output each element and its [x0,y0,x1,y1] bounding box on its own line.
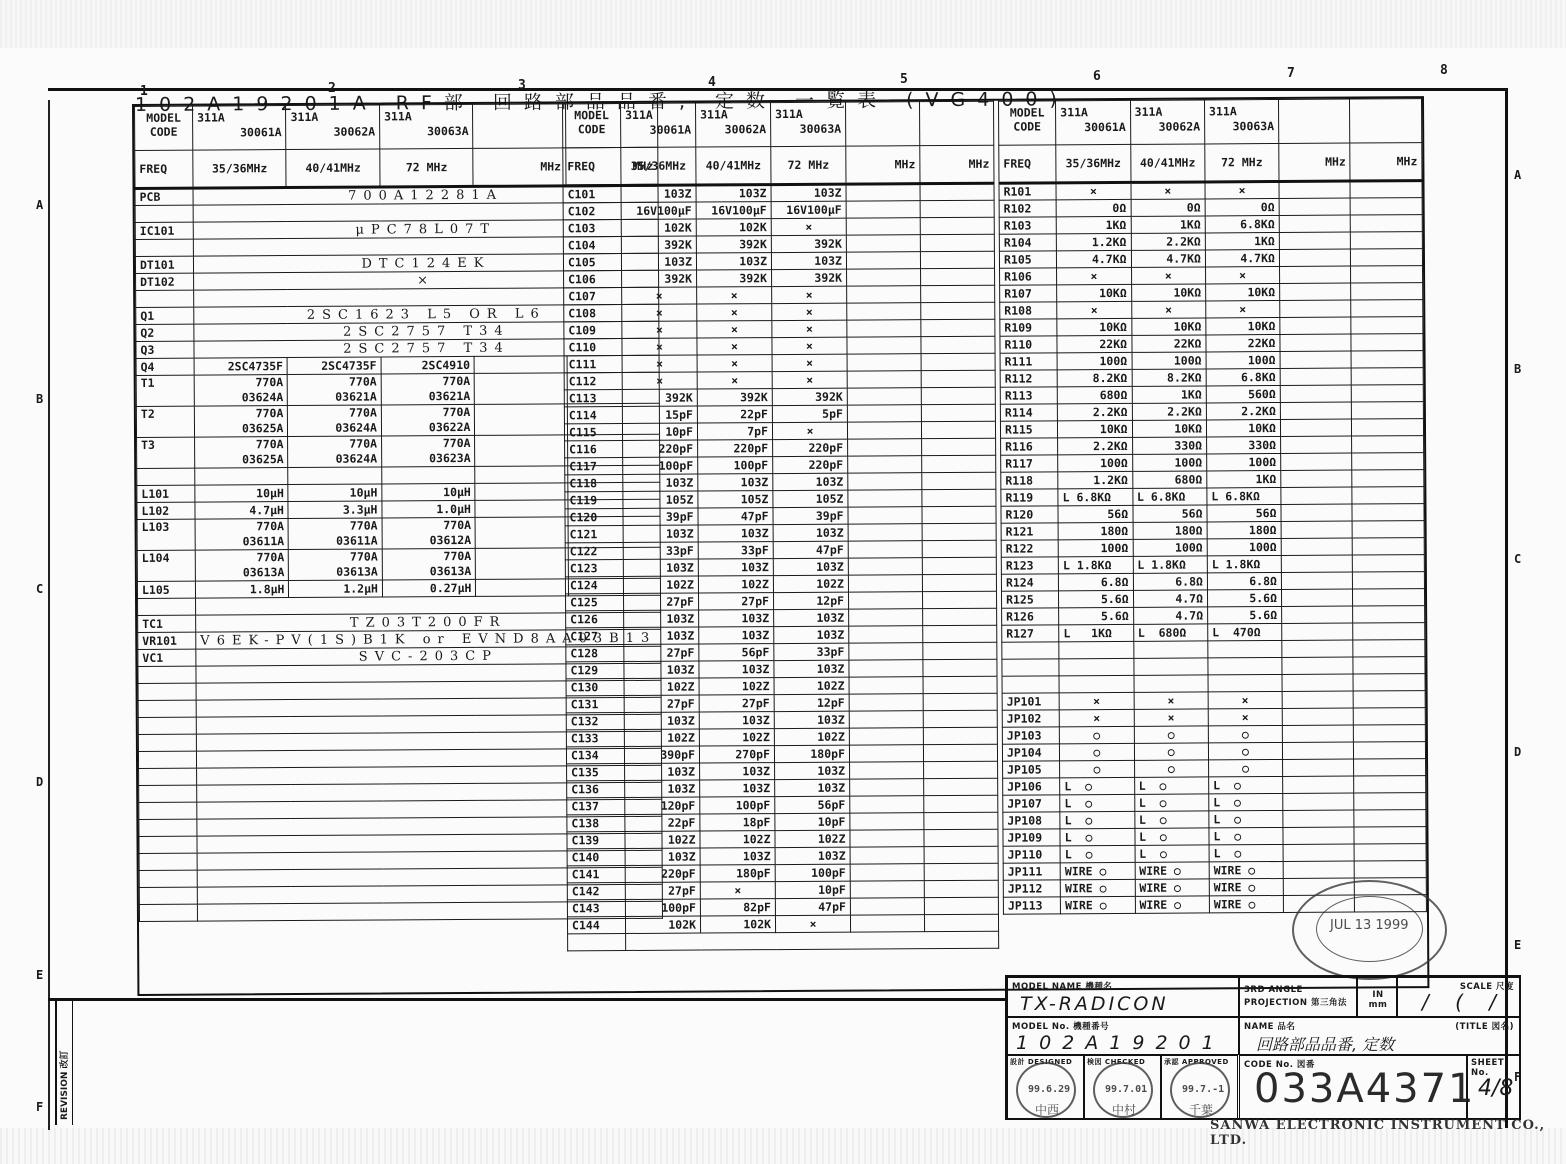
part-value: 220pF [623,440,698,457]
empty-cell [1279,249,1351,266]
column-right: MODEL CODE311A30061A311A30062A311A30063A… [998,98,1427,989]
part-value: 16V100μF [621,202,696,219]
part-value: 680Ω [1057,386,1131,403]
model-code-label: MODEL CODE [563,104,621,148]
empty-cell [923,625,997,642]
empty-cell [1353,657,1425,674]
part-value: 770A03624A [194,375,288,407]
part-value: 180Ω [1207,521,1281,538]
part-value: 220pF [773,439,848,456]
part-value: 56Ω [1207,504,1281,521]
part-value: 33pF [623,542,698,559]
part-value: 4.7Ω [1133,590,1207,607]
empty-cell [848,524,922,541]
part-value: 392K [697,270,772,287]
part-value: 2.2KΩ [1206,402,1280,419]
part-value: 103Z [624,610,699,627]
name-label: NAME 品名 [1244,1020,1295,1032]
part-value: 392K [697,389,772,406]
part-ref [138,717,196,734]
part-value: ○ [1208,759,1282,776]
part-ref: Q1 [136,307,194,324]
empty-cell [923,727,997,744]
part-ref: C105 [563,254,621,271]
empty-cell [922,455,996,472]
part-ref [139,887,197,904]
part-value [1134,675,1208,692]
empty-cell [475,356,567,374]
part-ref [568,934,626,951]
part-ref [139,785,197,802]
part-ref [139,836,197,853]
empty-cell [922,540,996,557]
code-value: 033A4371 [1254,1066,1476,1112]
part-value [1133,641,1207,658]
freq-cell: MHz [1279,143,1351,181]
part-ref: R122 [1001,540,1058,557]
part-ref [138,598,196,615]
empty-cell [1351,317,1423,334]
part-value: 47pF [775,898,850,915]
part-value: 100Ω [1132,454,1206,471]
part-value: L 1KΩ [1059,624,1133,641]
part-ref: L101 [137,485,195,502]
empty-cell [922,472,996,489]
part-value: 102Z [624,678,699,695]
part-value: × [697,321,772,338]
empty-cell [1354,759,1426,776]
empty-cell [1351,283,1423,300]
empty-cell [847,388,921,405]
freq-cell: 72 MHz [771,146,846,184]
part-ref: C126 [566,611,624,628]
part-ref: R108 [1000,302,1057,319]
part-value: × [772,303,847,320]
part-ref: C138 [567,815,625,832]
part-value: 103Z [774,626,849,643]
part-value: 27pF [699,695,774,712]
part-value: WIRE ○ [1209,861,1283,878]
empty-cell [848,439,922,456]
part-ref: C125 [566,594,624,611]
part-value: × [1059,692,1133,709]
part-ref: C109 [564,322,622,339]
signature-name: 千葉 [1189,1101,1213,1118]
part-value: 6.8Ω [1059,573,1133,590]
part-ref: R121 [1001,523,1058,540]
empty-cell [1279,215,1351,232]
empty-cell [846,201,920,218]
header-freq-row: FREQ35/36MHz40/41MHz72 MHzMHzMHz [999,143,1422,184]
title-label: (TITLE 図名) [1455,1020,1514,1032]
empty-cell [1283,861,1355,878]
code-cell: CODE No. 図番 033A4371 [1239,1055,1467,1120]
part-ref [139,904,197,921]
part-value: 10μH [195,485,289,503]
projection-cell: 3RD ANGLE PROJECTION 第三角法 [1239,977,1357,1017]
part-value: WIRE ○ [1209,878,1283,895]
part-value: 103Z [771,184,846,201]
part-value: L ○ [1209,793,1283,810]
part-value: 33pF [698,542,773,559]
empty-cell [848,558,922,575]
part-ref [138,734,196,751]
part-value: 392K [771,235,846,252]
part-value: 27pF [623,593,698,610]
part-ref: R124 [1001,574,1058,591]
empty-cell [924,829,998,846]
signature-stamp: 99.6.29中西 [1016,1062,1076,1118]
empty-cell [850,881,924,898]
part-ref: C141 [567,866,625,883]
part-value: WIRE ○ [1135,879,1209,896]
part-value: 3.3μH [288,501,382,519]
part-value: × [775,915,850,932]
model-no-cell: MODEL No. 機種番号 102A19201 [1007,1017,1239,1055]
empty-cell [1354,691,1426,708]
empty-cell [1280,385,1352,402]
part-value: L 680Ω [1133,624,1207,641]
part-value: 770A03613A [289,549,383,581]
empty-cell [924,914,998,931]
empty-cell [1350,181,1422,198]
part-value: ○ [1134,726,1208,743]
part-value: 103Z [773,558,848,575]
part-value: 1KΩ [1132,386,1206,403]
part-value: × [772,337,847,354]
model-code-cell: 311A30062A [696,103,771,147]
empty-cell [1281,538,1353,555]
part-value: 100Ω [1207,453,1281,470]
empty-cell [921,421,995,438]
freq-cell: MHz [920,145,994,183]
part-value: 6.8Ω [1207,572,1281,589]
empty-cell [1352,504,1424,521]
part-value: 770A03613A [195,550,289,582]
part-value [1208,674,1282,691]
table-row-empty [568,931,999,951]
empty-cell [848,592,922,609]
part-ref: DT101 [135,256,193,273]
part-value: × [1056,182,1130,199]
part-ref: C142 [567,883,625,900]
approval-stamp: JUL 13 1999 [1292,880,1447,980]
part-value: 22KΩ [1132,335,1206,352]
empty-cell [1281,436,1353,453]
part-value: 56pF [775,796,850,813]
part-ref: PCB [135,188,193,205]
part-value: 270pF [699,746,774,763]
empty-cell [475,466,567,484]
part-ref: JP103 [1002,727,1059,744]
empty-cell [1354,708,1426,725]
empty-cell [849,643,923,660]
part-value: 103Z [621,253,696,270]
part-value: 330Ω [1132,437,1206,454]
part-value: 5pF [772,405,847,422]
part-value: 0Ω [1131,199,1205,216]
part-value: 120pF [625,797,700,814]
part-value: WIRE ○ [1061,896,1135,913]
model-code-cell: 311A30061A [621,103,696,147]
part-value [1059,675,1133,692]
part-ref: JP101 [1002,693,1059,710]
zone-letter-left: C [36,582,43,596]
empty-cell [1352,436,1424,453]
model-code-cell [473,104,566,149]
empty-cell [920,183,994,200]
empty-cell [920,251,994,268]
part-ref [136,290,194,307]
zone-letter-right: B [1514,362,1521,376]
part-ref: L103 [137,519,195,550]
part-ref [1002,659,1059,676]
part-ref: C130 [566,679,624,696]
part-ref [135,239,193,256]
zone-letter-right: C [1514,552,1521,566]
model-code-cell [920,101,994,145]
part-value: 103Z [624,712,699,729]
part-value: L 1.8KΩ [1133,556,1207,573]
part-ref: JP107 [1003,795,1060,812]
part-value: × [1131,301,1205,318]
part-value: 56Ω [1133,505,1207,522]
part-value: 103Z [773,524,848,541]
part-value: 103Z [624,661,699,678]
empty-cell [923,676,997,693]
part-ref: C133 [566,730,624,747]
part-ref: R116 [1001,438,1058,455]
part-value: 22KΩ [1057,335,1131,352]
part-value: 1.2μH [289,580,383,598]
part-ref: R117 [1001,455,1058,472]
part-value: × [697,355,772,372]
part-value: 27pF [624,644,699,661]
empty-cell [848,473,922,490]
part-ref: R127 [1002,625,1059,642]
part-value: 770A03624A [288,405,382,437]
empty-cell [847,354,921,371]
model-name-value: TX-RADICON [1020,993,1169,1015]
part-value: × [700,882,775,899]
empty-cell [475,435,567,467]
part-ref: JP111 [1003,863,1060,880]
empty-cell [1279,198,1351,215]
part-value: 7pF [697,423,772,440]
part-value: 10KΩ [1057,318,1131,335]
part-value: 5.6Ω [1059,607,1133,624]
part-value: 100pF [775,864,850,881]
part-ref: C137 [567,798,625,815]
part-value: 770A03625A [195,437,289,469]
empty-cell [1355,861,1427,878]
part-value: 770A03611A [195,519,289,551]
empty-cell [850,864,924,881]
part-ref [139,802,197,819]
part-value: 392K [772,388,847,405]
part-ref: C144 [567,917,625,934]
part-value: 47pF [773,541,848,558]
part-value: 27pF [624,695,699,712]
part-value: × [622,304,697,321]
model-name-label: MODEL NAME 機種名 [1012,980,1112,992]
projection-label: 3RD ANGLE PROJECTION 第三角法 [1244,984,1354,1010]
part-ref: C129 [566,662,624,679]
part-value: × [622,372,697,389]
revision-strip: REVISION 改訂 [55,1000,73,1125]
empty-cell [1352,470,1424,487]
model-code-cell [1278,99,1350,143]
part-value: 100pF [700,797,775,814]
empty-cell [1353,555,1425,572]
empty-cell [475,404,567,436]
empty-cell [1282,691,1354,708]
empty-cell [848,575,922,592]
part-value: 103Z [699,627,774,644]
name-cell: NAME 品名 (TITLE 図名) 回路部品品番, 定数 [1239,1017,1521,1055]
part-value: 4.7μH [195,502,289,520]
empty-cell [924,795,998,812]
signature-stamp: 99.7.-1千葉 [1170,1062,1230,1118]
part-ref: C101 [563,186,621,203]
model-code-cell [1350,99,1422,143]
part-ref: R109 [1000,319,1057,336]
part-ref: JP113 [1003,897,1060,914]
part-value: 0Ω [1205,198,1279,215]
part-value: 103Z [621,185,696,202]
part-value: 770A03622A [381,404,475,436]
part-ref: JP108 [1003,812,1060,829]
empty-cell [921,319,995,336]
empty-cell [1281,555,1353,572]
part-value: L 6.8KΩ [1058,488,1132,505]
empty-cell [924,812,998,829]
empty-cell [846,184,920,201]
part-value: 103Z [698,525,773,542]
empty-cell [1354,776,1426,793]
empty-cell [1351,334,1423,351]
empty-cell [1282,674,1354,691]
part-value: L ○ [1060,828,1134,845]
empty-cell [924,880,998,897]
part-value: × [697,338,772,355]
sheet-value: 4/8 [1478,1076,1513,1101]
empty-cell [923,642,997,659]
part-value: ○ [1208,742,1282,759]
part-value: 1KΩ [1205,232,1279,249]
signature-box: 設計 DESIGNED99.6.29中西 [1007,1055,1084,1120]
empty-cell [923,608,997,625]
signature-stamp: 99.7.01中村 [1093,1062,1153,1118]
freq-cell: 72 MHz [1205,143,1279,181]
empty-cell [476,579,568,597]
part-ref: C103 [563,220,621,237]
part-value: 180Ω [1058,522,1132,539]
part-ref: VR101 [138,632,196,649]
part-value: ○ [1060,726,1134,743]
part-value: 102Z [698,576,773,593]
empty-cell [847,269,921,286]
signature-date: 99.7.-1 [1182,1084,1224,1095]
part-ref: C117 [565,458,623,475]
part-value: 22pF [697,406,772,423]
part-value: 22KΩ [1206,334,1280,351]
empty-cell [1351,300,1423,317]
empty-cell [1282,657,1354,674]
empty-cell [1352,487,1424,504]
empty-cell [921,404,995,421]
empty-cell [1351,249,1423,266]
part-value: 103Z [696,253,771,270]
part-value: 2.2KΩ [1058,403,1132,420]
empty-cell [1352,368,1424,385]
part-ref: VC1 [138,649,196,666]
part-value: 4.7Ω [1133,607,1207,624]
part-ref: Q3 [136,341,194,358]
empty-cell [1279,266,1351,283]
signature-box: 承認 APPROVED99.7.-1千葉 [1161,1055,1238,1120]
part-value: 12pF [774,694,849,711]
empty-cell [847,286,921,303]
model-code-cell [846,102,920,146]
empty-cell [1283,844,1355,861]
empty-cell [849,745,923,762]
sheet-label: SHEET No. [1471,1058,1520,1078]
part-value: × [697,372,772,389]
empty-cell [920,200,994,217]
part-value: × [622,338,697,355]
part-value: 390pF [624,746,699,763]
part-value: 102Z [699,729,774,746]
part-value: 16V100μF [771,201,846,218]
part-value: ○ [1134,760,1208,777]
part-value: 103Z [700,848,775,865]
empty-cell [1282,742,1354,759]
empty-cell [849,660,923,677]
part-value: 770A03612A [382,517,476,549]
empty-cell [848,507,922,524]
part-ref [139,768,197,785]
part-value: × [1057,267,1131,284]
part-value: 103Z [774,660,849,677]
part-value: 10μH [288,484,382,502]
part-value: 100Ω [1058,539,1132,556]
model-code-label: MODEL CODE [135,106,193,150]
part-ref: JP105 [1003,761,1060,778]
unit-label: IN mm [1364,990,1392,1010]
empty-cell [848,541,922,558]
empty-cell [846,235,920,252]
empty-cell [850,915,924,932]
part-ref [139,819,197,836]
part-value: 2.2KΩ [1131,233,1205,250]
part-value: ○ [1060,743,1134,760]
signature-date: 99.6.29 [1028,1084,1070,1095]
part-value: 105Z [773,490,848,507]
part-value [1059,658,1133,675]
part-value: 103Z [623,559,698,576]
empty-cell [847,371,921,388]
empty-cell [1282,623,1354,640]
part-ref: R123 [1001,557,1058,574]
part-ref: R111 [1000,353,1057,370]
part-value: 770A03611A [289,518,383,550]
part-value: 392K [696,236,771,253]
part-value: 82pF [700,899,775,916]
empty-cell [1282,708,1354,725]
empty-cell [922,591,996,608]
freq-label: FREQ [135,150,193,188]
